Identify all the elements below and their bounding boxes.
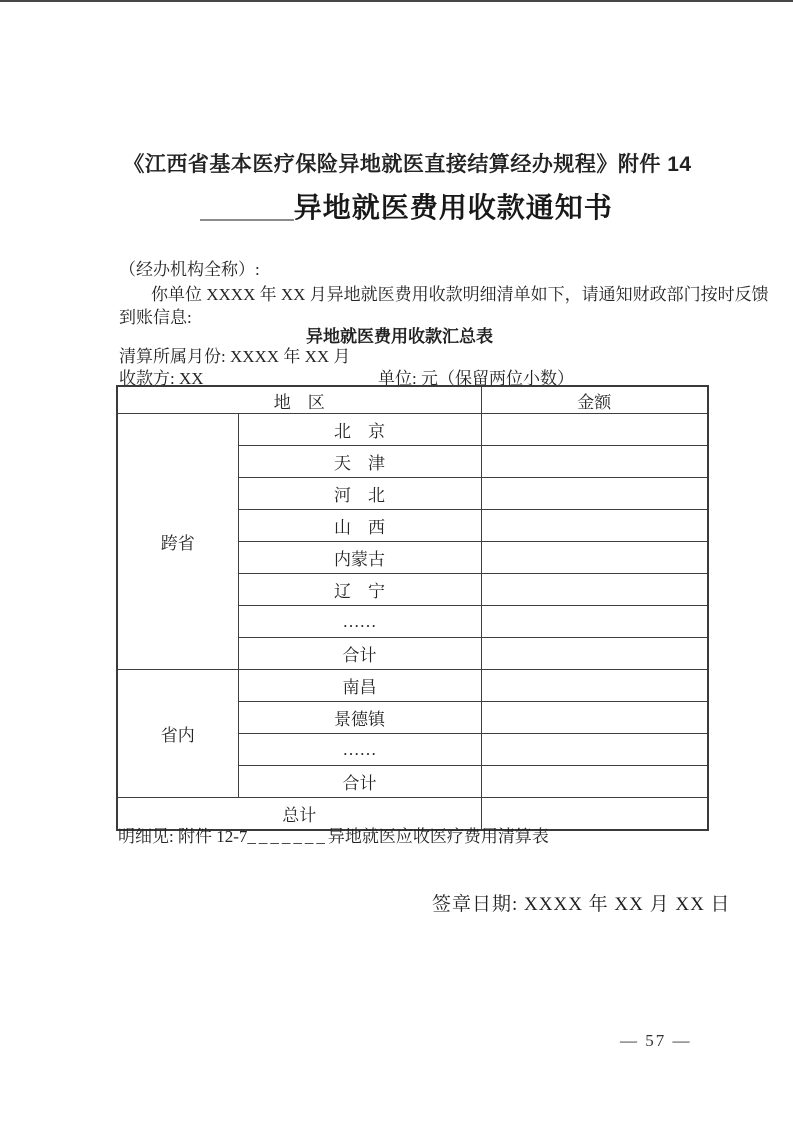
detail-note-prefix: 明细见: 附件 12-7 — [118, 827, 247, 846]
amount-cell — [481, 734, 708, 766]
attachment-heading: 《江西省基本医疗保险异地就医直接结算经办规程》附件 14 — [0, 148, 793, 178]
scanned-document-page: 《江西省基本医疗保险异地就医直接结算经办规程》附件 14 ______异地就医费… — [0, 0, 793, 1122]
table-row: 跨省 北 京 — [117, 414, 708, 446]
amount-cell — [481, 446, 708, 478]
agency-name-line: （经办机构全称）: — [119, 255, 260, 280]
amount-cell — [481, 542, 708, 574]
amount-cell — [481, 670, 708, 702]
amount-cell — [481, 478, 708, 510]
table-row: 省内 南昌 — [117, 670, 708, 702]
region-cell: 山 西 — [238, 510, 481, 542]
amount-cell — [481, 574, 708, 606]
scan-edge-line — [0, 0, 793, 2]
amount-cell — [481, 510, 708, 542]
region-cell: 合计 — [238, 638, 481, 670]
region-header-cell: 地 区 — [117, 386, 481, 414]
region-cell: 辽 宁 — [238, 574, 481, 606]
document-title-text: 异地就医费用收款通知书 — [294, 192, 613, 223]
amount-header-cell: 金额 — [481, 386, 708, 414]
document-title: ______异地就医费用收款通知书 — [0, 186, 793, 226]
region-cell: 河 北 — [238, 478, 481, 510]
body-paragraph-line1: 你单位 XXXX 年 XX 月异地就医费用收款明细清单如下，请通知财政部门按时反… — [151, 280, 769, 305]
page-number: — 57 — — [620, 1031, 692, 1051]
region-cell: 北 京 — [238, 414, 481, 446]
region-cell: …… — [238, 606, 481, 638]
detail-note-suffix: 异地就医应收医疗费用清算表 — [328, 827, 549, 846]
amount-cell — [481, 606, 708, 638]
region-cell: 合计 — [238, 766, 481, 798]
table-header-row: 地 区 金额 — [117, 386, 708, 414]
amount-cell — [481, 702, 708, 734]
region-cell: …… — [238, 734, 481, 766]
amount-cell — [481, 414, 708, 446]
region-cell: 内蒙古 — [238, 542, 481, 574]
region-cell: 天 津 — [238, 446, 481, 478]
region-cell: 景德镇 — [238, 702, 481, 734]
summary-table-container: 地 区 金额 跨省 北 京 天 津 河 北 山 西 — [116, 385, 709, 831]
detail-note-line: 明细见: 附件 12-7_______异地就医应收医疗费用清算表 — [118, 822, 549, 847]
group-cell-cross-province: 跨省 — [117, 414, 238, 670]
region-cell: 南昌 — [238, 670, 481, 702]
amount-cell — [481, 766, 708, 798]
amount-cell — [481, 638, 708, 670]
group-cell-in-province: 省内 — [117, 670, 238, 798]
title-blank-underline: ______ — [200, 192, 293, 223]
summary-table: 地 区 金额 跨省 北 京 天 津 河 北 山 西 — [116, 385, 709, 831]
sign-date-line: 签章日期: XXXX 年 XX 月 XX 日 — [432, 889, 731, 916]
detail-note-blank-underline: _______ — [247, 827, 328, 846]
